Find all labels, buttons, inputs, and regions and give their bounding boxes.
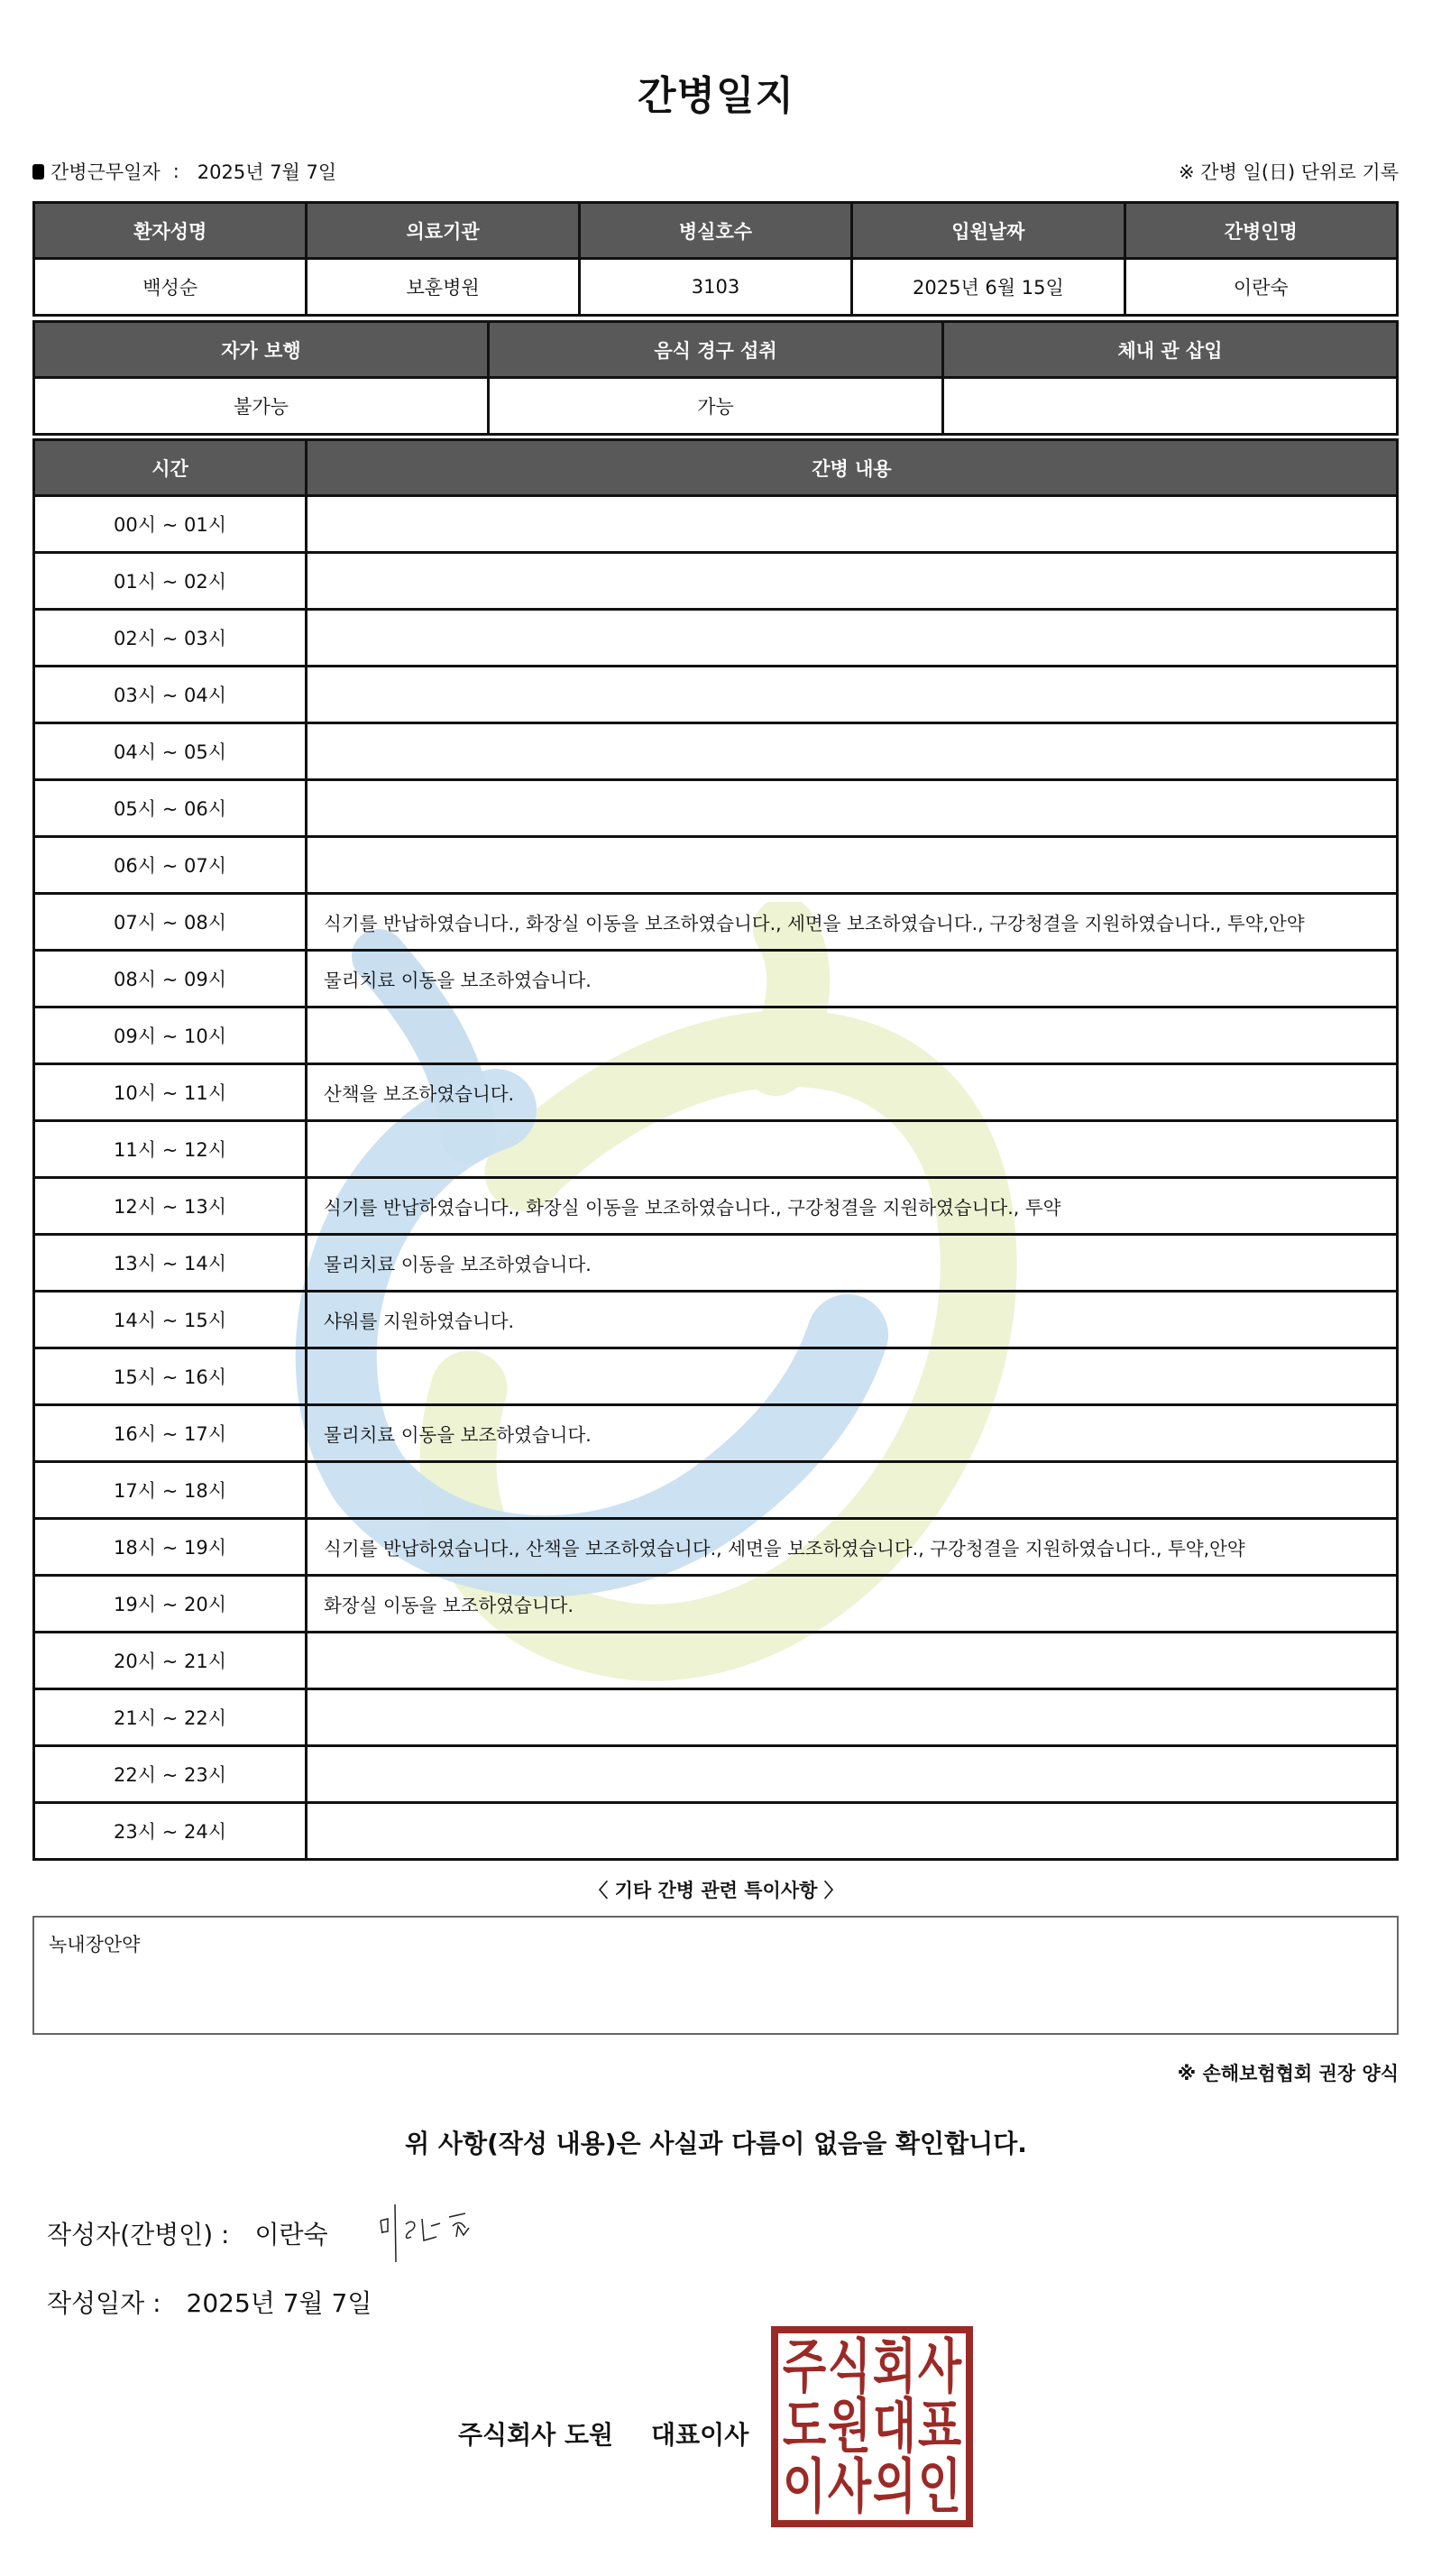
time-slot: 10시 ~ 11시	[34, 1064, 307, 1121]
page-title: 간병일지	[0, 63, 1432, 121]
care-content: 샤워를 지원하였습니다.	[307, 1292, 1398, 1348]
care-content	[307, 553, 1398, 610]
unit-note: ※ 간병 일(日) 단위로 기록	[1179, 158, 1399, 185]
time-slot: 21시 ~ 22시	[34, 1689, 307, 1746]
time-slot: 13시 ~ 14시	[34, 1235, 307, 1292]
self-walking: 불가능	[34, 378, 489, 435]
care-content	[307, 1462, 1398, 1519]
writer-row: 작성자(간병인) : 이란숙	[47, 2215, 328, 2251]
time-slot: 02시 ~ 03시	[34, 610, 307, 667]
care-content	[307, 496, 1398, 553]
table-row: 07시 ~ 08시식기를 반납하였습니다., 화장실 이동을 보조하였습니다.,…	[34, 894, 1398, 951]
seal-character: 사	[827, 2448, 872, 2525]
care-content	[307, 1803, 1398, 1860]
header-room-number: 병실호수	[579, 203, 851, 259]
header-tube-insertion: 체내 관 삽입	[943, 322, 1398, 378]
time-slot: 16시 ~ 17시	[34, 1405, 307, 1462]
time-slot: 19시 ~ 20시	[34, 1576, 307, 1633]
care-log-table: 시간 간병 내용 00시 ~ 01시01시 ~ 02시02시 ~ 03시03시 …	[32, 438, 1399, 1861]
time-slot: 22시 ~ 23시	[34, 1746, 307, 1803]
header-hospital: 의료기관	[307, 203, 579, 259]
table-row: 00시 ~ 01시	[34, 496, 1398, 553]
caregiver-name: 이란숙	[1124, 259, 1397, 316]
patient-info-table: 환자성명 의료기관 병실호수 입원날짜 간병인명 백성순 보훈병원 3103 2…	[32, 201, 1399, 317]
table-row: 17시 ~ 18시	[34, 1462, 1398, 1519]
time-slot: 08시 ~ 09시	[34, 951, 307, 1007]
representative-title: 대표이사	[651, 2415, 748, 2452]
table-row: 11시 ~ 12시	[34, 1121, 1398, 1178]
time-slot: 15시 ~ 16시	[34, 1348, 307, 1405]
table-row: 06시 ~ 07시	[34, 837, 1398, 894]
care-content	[307, 837, 1398, 894]
writer-label: 작성자(간병인) :	[47, 2215, 229, 2251]
care-content	[307, 780, 1398, 837]
care-content: 식기를 반납하였습니다., 산책을 보조하였습니다., 세면을 보조하였습니다.…	[307, 1519, 1398, 1576]
care-content	[307, 1633, 1398, 1689]
written-date-label: 작성일자 :	[47, 2284, 161, 2320]
time-slot: 04시 ~ 05시	[34, 723, 307, 780]
table-row: 20시 ~ 21시	[34, 1633, 1398, 1689]
signature-icon	[372, 2201, 507, 2264]
time-slot: 23시 ~ 24시	[34, 1803, 307, 1860]
notes-heading: 〈 기타 간병 관련 특이사항 〉	[0, 1876, 1432, 1903]
care-content	[307, 1746, 1398, 1803]
care-content: 식기를 반납하였습니다., 화장실 이동을 보조하였습니다., 세면을 보조하였…	[307, 894, 1398, 951]
header-caregiver-name: 간병인명	[1124, 203, 1397, 259]
time-slot: 05시 ~ 06시	[34, 780, 307, 837]
care-content: 식기를 반납하였습니다., 화장실 이동을 보조하였습니다., 구강청결을 지원…	[307, 1178, 1398, 1235]
duty-date-row: 간병근무일자 : 2025년 7월 7일	[32, 158, 336, 185]
header-self-walking: 자가 보행	[34, 322, 489, 378]
care-content: 화장실 이동을 보조하였습니다.	[307, 1576, 1398, 1633]
care-content: 물리치료 이동을 보조하였습니다.	[307, 1405, 1398, 1462]
patient-name: 백성순	[34, 259, 307, 316]
table-row: 03시 ~ 04시	[34, 667, 1398, 723]
oral-intake: 가능	[489, 378, 943, 435]
header-admission-date: 입원날짜	[852, 203, 1124, 259]
tube-insertion	[943, 378, 1398, 435]
time-slot: 00시 ~ 01시	[34, 496, 307, 553]
written-date-row: 작성일자 : 2025년 7월 7일	[47, 2284, 372, 2320]
duty-date-label: 간병근무일자	[50, 158, 161, 185]
seal-character: 의	[872, 2448, 917, 2525]
table-row: 18시 ~ 19시식기를 반납하였습니다., 산책을 보조하였습니다., 세면을…	[34, 1519, 1398, 1576]
table-row: 04시 ~ 05시	[34, 723, 1398, 780]
admission-date: 2025년 6월 15일	[852, 259, 1124, 316]
confirmation-statement: 위 사항(작성 내용)은 사실과 다름이 없음을 확인합니다.	[0, 2124, 1432, 2160]
written-date-value: 2025년 7월 7일	[187, 2284, 372, 2320]
time-slot: 12시 ~ 13시	[34, 1178, 307, 1235]
table-row: 01시 ~ 02시	[34, 553, 1398, 610]
time-slot: 20시 ~ 21시	[34, 1633, 307, 1689]
time-slot: 07시 ~ 08시	[34, 894, 307, 951]
table-row: 22시 ~ 23시	[34, 1746, 1398, 1803]
table-row: 02시 ~ 03시	[34, 610, 1398, 667]
table-row: 12시 ~ 13시식기를 반납하였습니다., 화장실 이동을 보조하였습니다.,…	[34, 1178, 1398, 1235]
table-row: 23시 ~ 24시	[34, 1803, 1398, 1860]
room-number: 3103	[579, 259, 851, 316]
header-oral-intake: 음식 경구 섭취	[489, 322, 943, 378]
time-slot: 01시 ~ 02시	[34, 553, 307, 610]
time-slot: 03시 ~ 04시	[34, 667, 307, 723]
seal-character: 이	[782, 2448, 827, 2525]
time-slot: 09시 ~ 10시	[34, 1007, 307, 1064]
care-content: 물리치료 이동을 보조하였습니다.	[307, 1235, 1398, 1292]
care-content: 물리치료 이동을 보조하였습니다.	[307, 951, 1398, 1007]
form-source-note: ※ 손해보험협회 권장 양식	[1178, 2059, 1399, 2086]
care-content	[307, 723, 1398, 780]
table-row: 08시 ~ 09시물리치료 이동을 보조하였습니다.	[34, 951, 1398, 1007]
hospital: 보훈병원	[307, 259, 579, 316]
time-slot: 06시 ~ 07시	[34, 837, 307, 894]
table-row: 16시 ~ 17시물리치료 이동을 보조하였습니다.	[34, 1405, 1398, 1462]
table-row: 15시 ~ 16시	[34, 1348, 1398, 1405]
time-slot: 18시 ~ 19시	[34, 1519, 307, 1576]
care-content	[307, 1007, 1398, 1064]
table-row: 09시 ~ 10시	[34, 1007, 1398, 1064]
company-name: 주식회사 도원	[458, 2415, 613, 2452]
notes-box: 녹내장안약	[32, 1916, 1399, 2035]
duty-date-value: 2025년 7월 7일	[197, 158, 336, 185]
company-seal-icon: 주식회사도원대표이사의인	[771, 2326, 973, 2527]
patient-status-table: 자가 보행 음식 경구 섭취 체내 관 삽입 불가능 가능	[32, 320, 1399, 436]
header-time: 시간	[34, 440, 307, 496]
bullet-icon	[32, 164, 44, 179]
care-content	[307, 1121, 1398, 1178]
table-row: 21시 ~ 22시	[34, 1689, 1398, 1746]
care-content	[307, 1348, 1398, 1405]
table-row: 19시 ~ 20시화장실 이동을 보조하였습니다.	[34, 1576, 1398, 1633]
company-row: 주식회사 도원 대표이사	[458, 2415, 748, 2452]
duty-date-separator: :	[173, 161, 179, 182]
care-content	[307, 610, 1398, 667]
header-patient-name: 환자성명	[34, 203, 307, 259]
table-row: 05시 ~ 06시	[34, 780, 1398, 837]
time-slot: 17시 ~ 18시	[34, 1462, 307, 1519]
table-row: 13시 ~ 14시물리치료 이동을 보조하였습니다.	[34, 1235, 1398, 1292]
care-content: 산책을 보조하였습니다.	[307, 1064, 1398, 1121]
header-care-content: 간병 내용	[307, 440, 1398, 496]
table-row: 14시 ~ 15시샤워를 지원하였습니다.	[34, 1292, 1398, 1348]
writer-name: 이란숙	[254, 2215, 327, 2251]
seal-character: 인	[917, 2448, 962, 2525]
care-content	[307, 667, 1398, 723]
time-slot: 11시 ~ 12시	[34, 1121, 307, 1178]
care-content	[307, 1689, 1398, 1746]
table-row: 10시 ~ 11시산책을 보조하였습니다.	[34, 1064, 1398, 1121]
time-slot: 14시 ~ 15시	[34, 1292, 307, 1348]
